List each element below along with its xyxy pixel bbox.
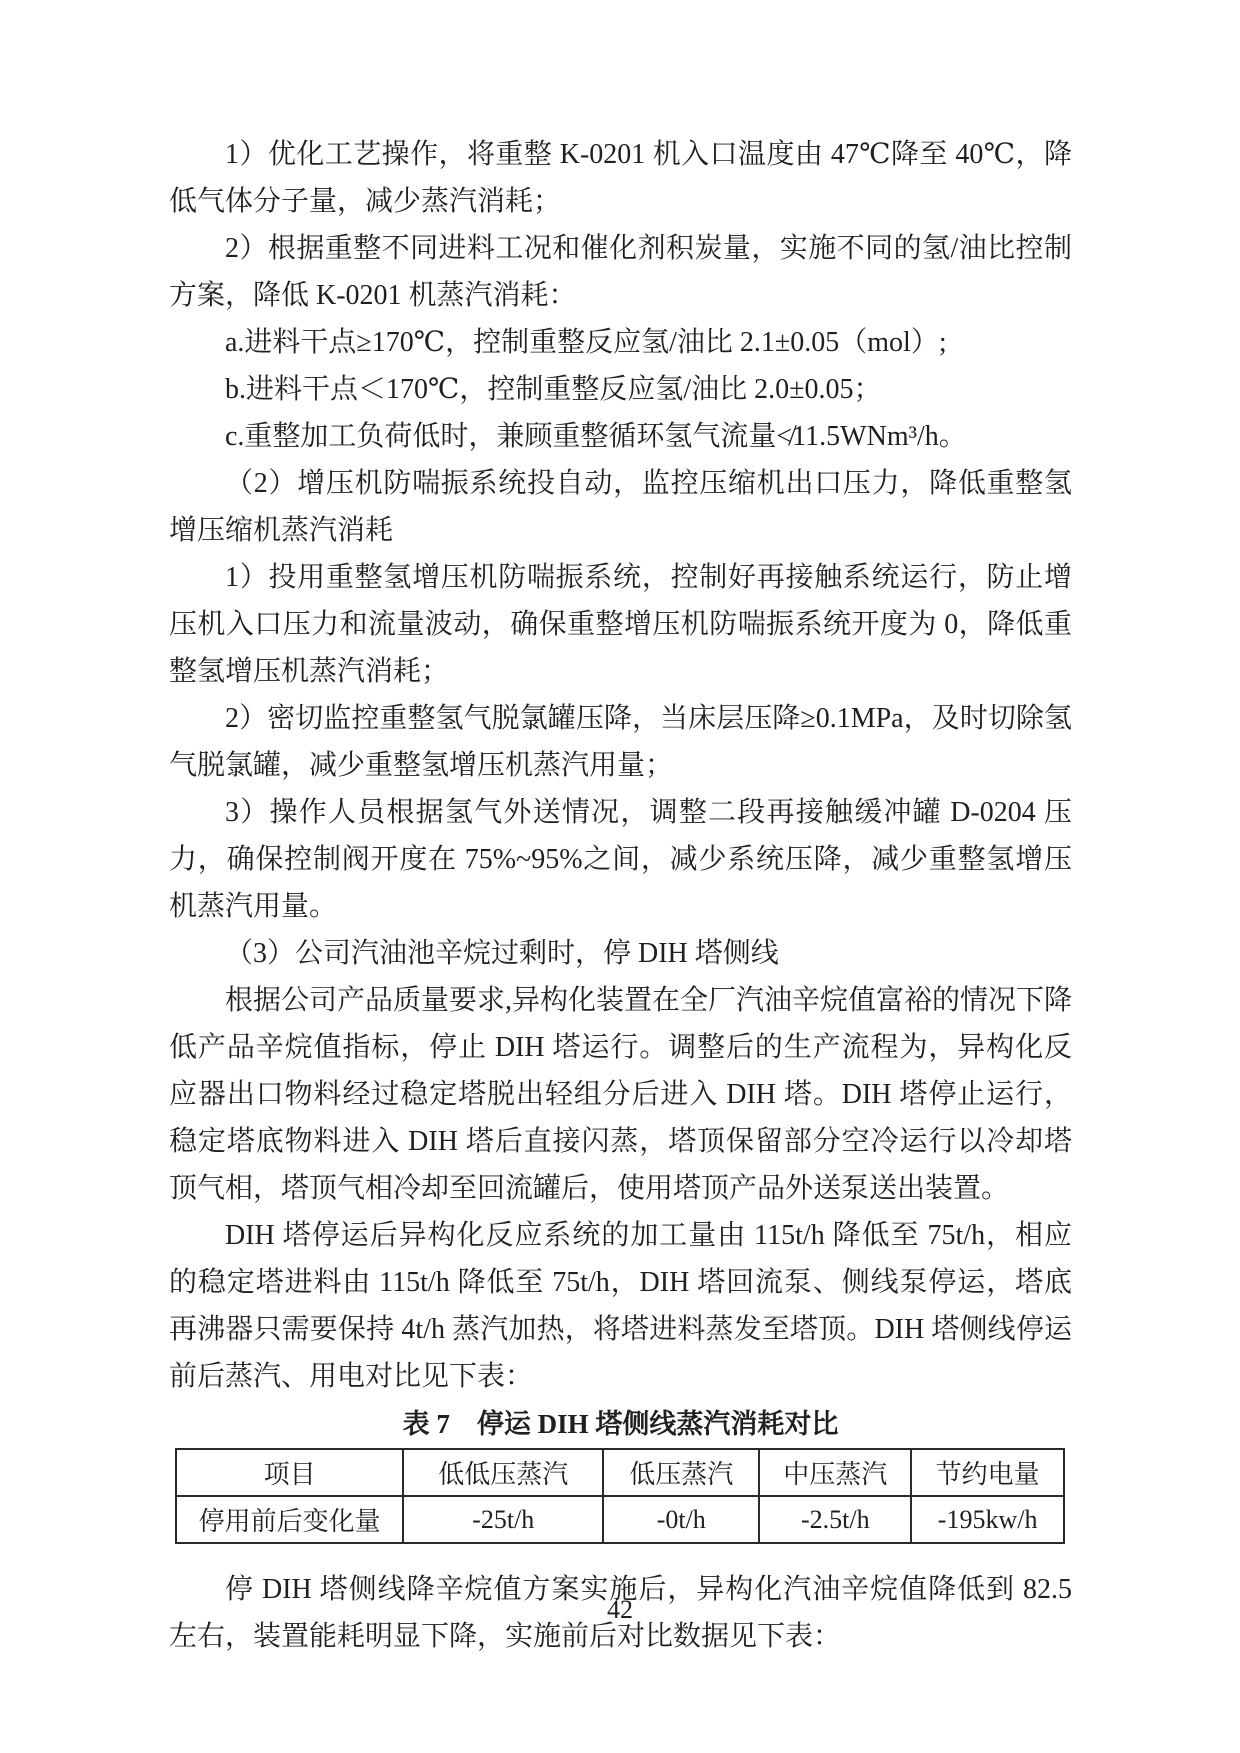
paragraph-10: （3）公司汽油池辛烷过剩时，停 DIH 塔侧线	[169, 930, 1072, 977]
document-page: 1）优化工艺操作，将重整 K-0201 机入口温度由 47℃降至 40℃，降低气…	[0, 0, 1240, 1753]
header-cell-low-steam: 低压蒸汽	[603, 1449, 759, 1496]
header-cell-low-low-steam: 低低压蒸汽	[403, 1449, 603, 1496]
paragraph-12: DIH 塔停运后异构化反应系统的加工量由 115t/h 降低至 75t/h，相应…	[169, 1212, 1072, 1400]
header-cell-medium-steam: 中压蒸汽	[759, 1449, 911, 1496]
steam-consumption-table: 项目 低低压蒸汽 低压蒸汽 中压蒸汽 节约电量 停用前后变化量 -25t/h -…	[175, 1448, 1065, 1544]
paragraph-6: （2）增压机防喘振系统投自动，监控压缩机出口压力，降低重整氢增压缩机蒸汽消耗	[169, 460, 1072, 554]
header-cell-item: 项目	[176, 1449, 403, 1496]
paragraph-9: 3）操作人员根据氢气外送情况，调整二段再接触缓冲罐 D-0204 压力，确保控制…	[169, 789, 1072, 930]
paragraph-4: b.进料干点＜170℃，控制重整反应氢/油比 2.0±0.05；	[169, 366, 1072, 413]
paragraph-3: a.进料干点≥170℃，控制重整反应氢/油比 2.1±0.05（mol）;	[169, 319, 1072, 366]
paragraph-2: 2）根据重整不同进料工况和催化剂积炭量，实施不同的氢/油比控制方案，降低 K-0…	[169, 225, 1072, 319]
table-header-row: 项目 低低压蒸汽 低压蒸汽 中压蒸汽 节约电量	[176, 1449, 1064, 1496]
cell-row-label: 停用前后变化量	[176, 1496, 403, 1543]
page-number: 42	[0, 1594, 1240, 1626]
paragraph-1: 1）优化工艺操作，将重整 K-0201 机入口温度由 47℃降至 40℃，降低气…	[169, 131, 1072, 225]
cell-low-steam: -0t/h	[603, 1496, 759, 1543]
cell-saved-electricity: -195kw/h	[911, 1496, 1064, 1543]
table-row: 停用前后变化量 -25t/h -0t/h -2.5t/h -195kw/h	[176, 1496, 1064, 1543]
cell-low-low-steam: -25t/h	[403, 1496, 603, 1543]
header-cell-saved-electricity: 节约电量	[911, 1449, 1064, 1496]
paragraph-7: 1）投用重整氢增压机防喘振系统，控制好再接触系统运行，防止增压机入口压力和流量波…	[169, 554, 1072, 695]
paragraph-5: c.重整加工负荷低时，兼顾重整循环氢气流量≮11.5WNm³/h。	[169, 413, 1072, 460]
paragraph-8: 2）密切监控重整氢气脱氯罐压降，当床层压降≥0.1MPa，及时切除氢气脱氯罐，减…	[169, 695, 1072, 789]
table-caption: 表 7 停运 DIH 塔侧线蒸汽消耗对比	[169, 1406, 1072, 1442]
cell-medium-steam: -2.5t/h	[759, 1496, 911, 1543]
document-body: 1）优化工艺操作，将重整 K-0201 机入口温度由 47℃降至 40℃，降低气…	[169, 131, 1072, 1660]
paragraph-11: 根据公司产品质量要求,异构化装置在全厂汽油辛烷值富裕的情况下降低产品辛烷值指标，…	[169, 977, 1072, 1212]
